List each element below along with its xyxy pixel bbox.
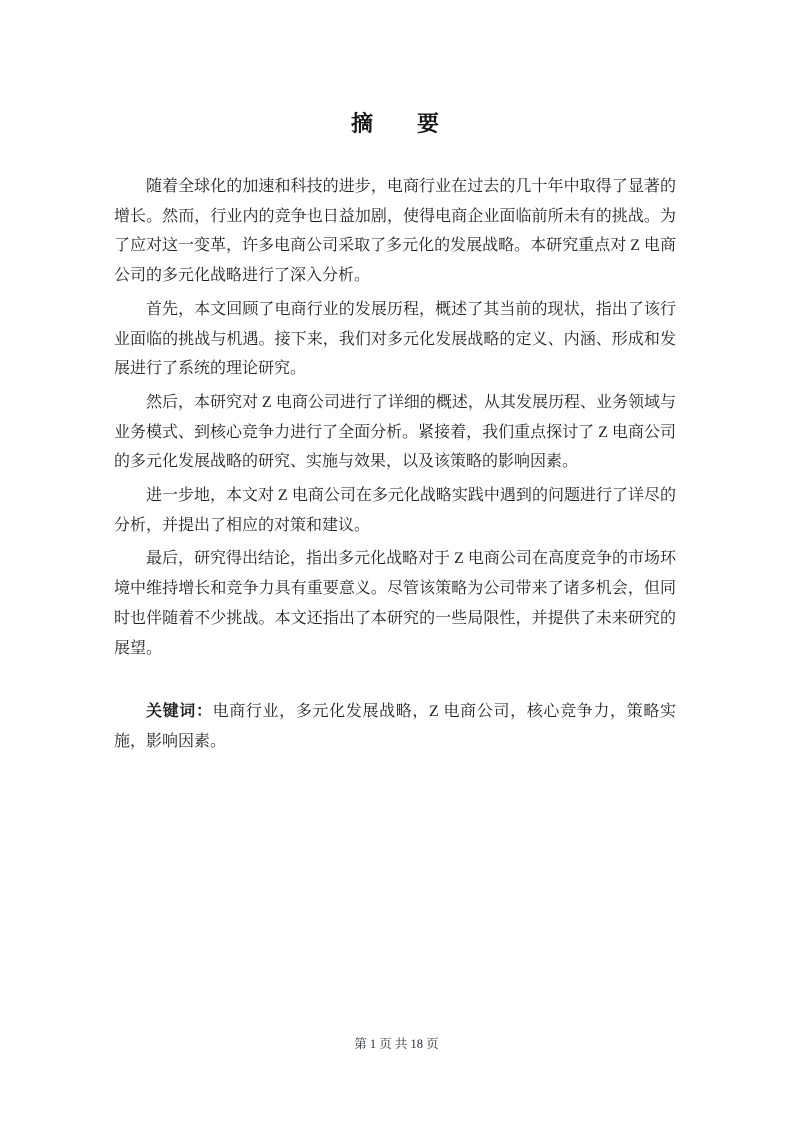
abstract-title: 摘 要 [114,108,676,140]
keywords-label: 关键词： [146,703,213,720]
abstract-paragraph-2: 首先，本文回顾了电商行业的发展历程，概述了其当前的现状，指出了该行业面临的挑战与… [114,295,676,384]
page-footer: 第 1 页 共 18 页 [0,1032,793,1056]
abstract-paragraph-4: 进一步地，本文对 Z 电商公司在多元化战略实践中遇到的问题进行了详尽的分析，并提… [114,481,676,540]
document-page: 摘 要 随着全球化的加速和科技的进步，电商行业在过去的几十年中取得了显著的增长。… [0,0,793,1122]
abstract-section: 摘 要 随着全球化的加速和科技的进步，电商行业在过去的几十年中取得了显著的增长。… [114,108,676,761]
keywords-line: 关键词：电商行业，多元化发展战略，Z 电商公司，核心竞争力，策略实施，影响因素。 [114,697,676,756]
abstract-paragraph-1: 随着全球化的加速和科技的进步，电商行业在过去的几十年中取得了显著的增长。然而，行… [114,172,676,291]
page-number: 第 1 页 共 18 页 [354,1037,438,1051]
abstract-paragraph-5: 最后，研究得出结论，指出多元化战略对于 Z 电商公司在高度竞争的市场环境中维持增… [114,544,676,663]
abstract-paragraph-3: 然后，本研究对 Z 电商公司进行了详细的概述，从其发展历程、业务领域与业务模式、… [114,388,676,477]
